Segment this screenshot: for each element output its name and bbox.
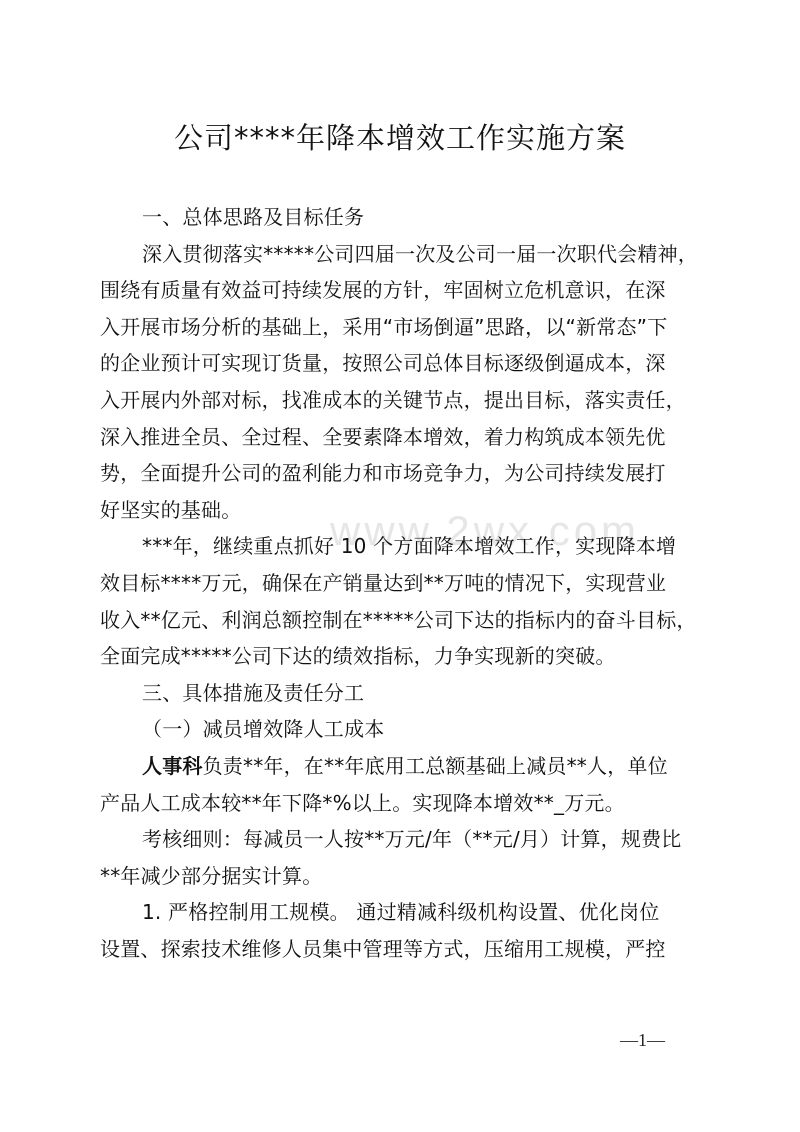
paragraph-line: 的企业预计可实现订货量，按照公司总体目标逐级倒逼成本，深 bbox=[100, 345, 720, 382]
paragraph-line: 效目标****万元，确保在产销量达到**万吨的情况下，实现营业 bbox=[100, 565, 720, 602]
paragraph-line: 考核细则：每减员一人按**万元/年（**元/月）计算，规费比 bbox=[100, 821, 720, 858]
paragraph-line: 产品人工成本较**年下降*%以上。实现降本增效**_万元。 bbox=[100, 785, 720, 822]
paragraph-line: 入开展市场分析的基础上，采用“市场倒逼”思路，以“新常态”下 bbox=[100, 309, 720, 346]
document-page: www.2wx.com 公司****年降本增效工作实施方案 一、总体思路及目标任… bbox=[0, 0, 800, 1132]
paragraph-line: 1. 严格控制用工规模。 通过精减科级机构设置、优化岗位 bbox=[100, 894, 720, 931]
paragraph-line: 围绕有质量有效益可持续发展的方针，牢固树立危机意识，在深 bbox=[100, 272, 720, 309]
section-heading-1: 一、总体思路及目标任务 bbox=[100, 199, 720, 236]
paragraph-line: 好坚实的基础。 bbox=[100, 492, 720, 529]
document-title: 公司****年降本增效工作实施方案 bbox=[0, 118, 800, 158]
paragraph-line: **年减少部分据实计算。 bbox=[100, 858, 720, 895]
document-body: 一、总体思路及目标任务 深入贯彻落实*****公司四届一次及公司一届一次职代会精… bbox=[100, 199, 720, 967]
subsection-heading: （一）减员增效降人工成本 bbox=[100, 711, 720, 748]
paragraph-line: 深入贯彻落实*****公司四届一次及公司一届一次职代会精神， bbox=[100, 236, 720, 273]
paragraph-line: 深入推进全员、全过程、全要素降本增效，着力构筑成本领先优 bbox=[100, 419, 720, 456]
paragraph-line: ***年，继续重点抓好 10 个方面降本增效工作，实现降本增 bbox=[100, 528, 720, 565]
paragraph-line: 势，全面提升公司的盈利能力和市场竞争力，为公司持续发展打 bbox=[100, 455, 720, 492]
page-number: —1— bbox=[620, 1030, 665, 1051]
section-heading-3: 三、具体措施及责任分工 bbox=[100, 675, 720, 712]
paragraph-line: 收入**亿元、利润总额控制在*****公司下达的指标内的奋斗目标， bbox=[100, 602, 720, 639]
responsible-dept: 人事科 bbox=[142, 754, 203, 778]
paragraph-line: 设置、探索技术维修人员集中管理等方式，压缩用工规模，严控 bbox=[100, 931, 720, 968]
paragraph-line: 人事科负责**年，在**年底用工总额基础上减员**人，单位 bbox=[100, 748, 720, 785]
paragraph-line: 入开展内外部对标，找准成本的关键节点，提出目标，落实责任， bbox=[100, 382, 720, 419]
paragraph-line: 全面完成*****公司下达的绩效指标，力争实现新的突破。 bbox=[100, 638, 720, 675]
paragraph-text: 负责**年，在**年底用工总额基础上减员**人，单位 bbox=[203, 754, 668, 778]
